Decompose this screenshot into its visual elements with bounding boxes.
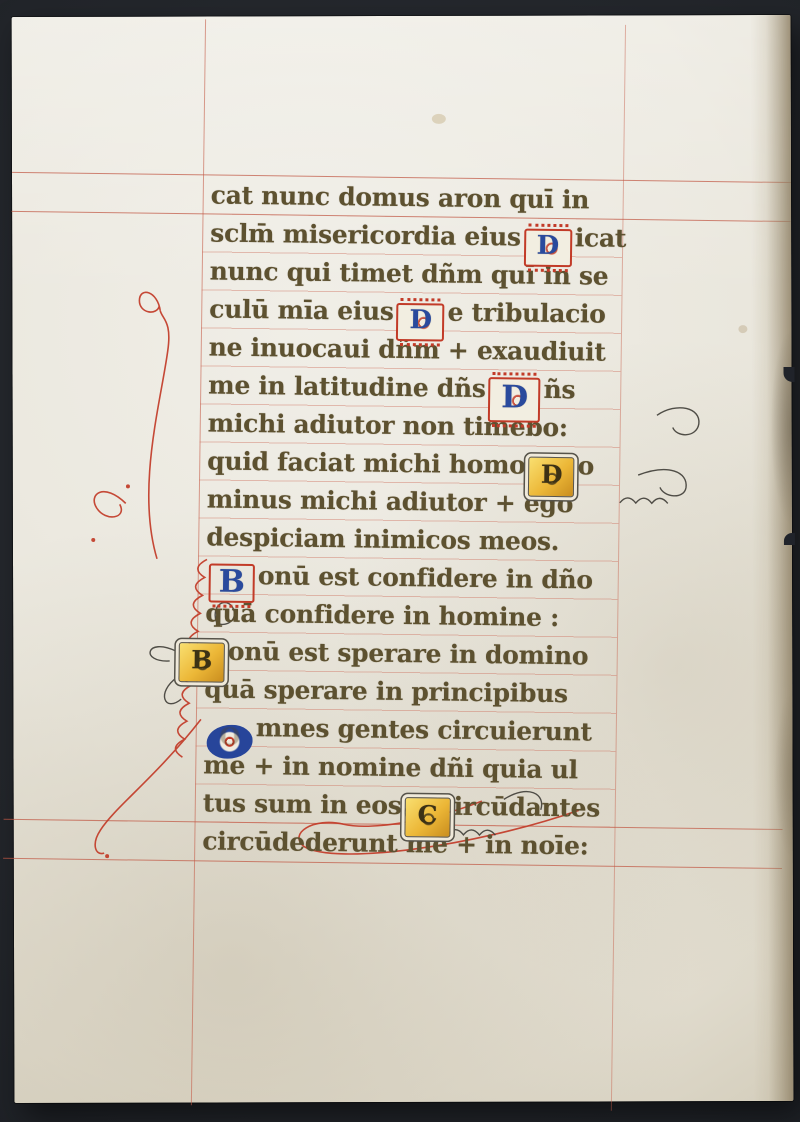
illuminated-initial-D: D — [528, 457, 575, 498]
illuminated-initial-D: D — [488, 377, 541, 423]
text-line-16: me + in nomine dñi quia ul — [203, 746, 673, 790]
illuminated-initial-D: D — [396, 303, 444, 342]
photo-backdrop: { "palette": { "backdrop": "#22252a", "p… — [0, 0, 800, 1122]
text-run: circūdederunt me + in noīe: — [202, 826, 589, 860]
text-run: onū est sperare in domino — [228, 637, 589, 671]
text-run: e tribulacio — [447, 298, 605, 329]
text-line-1: cat nunc domus aron quī in — [211, 176, 681, 220]
text-run: icat — [575, 223, 627, 253]
illuminated-initial-C: C — [404, 797, 451, 838]
text-line-17: tus sum in eosCircūdantes — [203, 784, 673, 828]
text-run: ircūdantes — [453, 792, 600, 823]
text-run: o — [577, 451, 594, 480]
text-run: minus michi adiutor + ego — [207, 484, 574, 518]
text-run: quid faciat michi homo — [207, 446, 526, 479]
text-line-2: sclm̄ misericordia eiusDicat — [210, 214, 680, 258]
text-run: culū mīa eius — [209, 294, 394, 325]
text-run: me + in nomine dñi quia ul — [203, 750, 578, 784]
text-line-8: quid faciat michi homoDo — [207, 442, 677, 486]
text-line-15: Omnes gentes circuierunt — [204, 708, 674, 752]
text-block: cat nunc domus aron quī insclm̄ miserico… — [202, 176, 681, 866]
text-run: ñs — [543, 375, 575, 404]
text-run: me in latitudine dñs — [208, 370, 486, 403]
text-line-10: despiciam inimicos meos. — [206, 518, 676, 562]
illuminated-initial-D: D — [523, 229, 571, 268]
text-run: sclm̄ misericordia eius — [210, 218, 521, 251]
text-run: mnes gentes circuierunt — [256, 713, 592, 746]
text-line-14: quā sperare in principibus — [204, 670, 674, 714]
text-line-6: me in latitudine dñsDñs — [208, 366, 678, 410]
leaf-content: cat nunc domus aron quī insclm̄ miserico… — [0, 17, 793, 1113]
text-line-13: Bonū est sperare in domino — [205, 632, 675, 676]
illuminated-initial-B: B — [178, 642, 225, 683]
text-run: onū est confidere in dño — [258, 561, 593, 594]
text-run: despiciam inimicos meos. — [206, 522, 559, 556]
text-line-3: nunc qui timet dñm quī in se — [210, 252, 680, 296]
text-run: quā confidere in homine : — [205, 598, 559, 632]
text-line-11: Bonū est confidere in dño — [206, 556, 676, 600]
text-line-12: quā confidere in homine : — [205, 594, 675, 638]
manuscript-leaf: cat nunc domus aron quī insclm̄ miserico… — [12, 15, 794, 1103]
text-line-7: michi adiutor non timebo: — [208, 404, 678, 448]
text-run: quā sperare in principibus — [204, 674, 568, 708]
text-line-9: minus michi adiutor + ego — [207, 480, 677, 524]
illuminated-initial-B: B — [208, 563, 255, 603]
edge-notch — [784, 533, 795, 545]
text-run: tus sum in eos — [203, 788, 402, 820]
text-run: cat nunc domus aron quī in — [211, 180, 590, 214]
text-line-4: culū mīa eiusDe tribulacio — [209, 290, 679, 334]
